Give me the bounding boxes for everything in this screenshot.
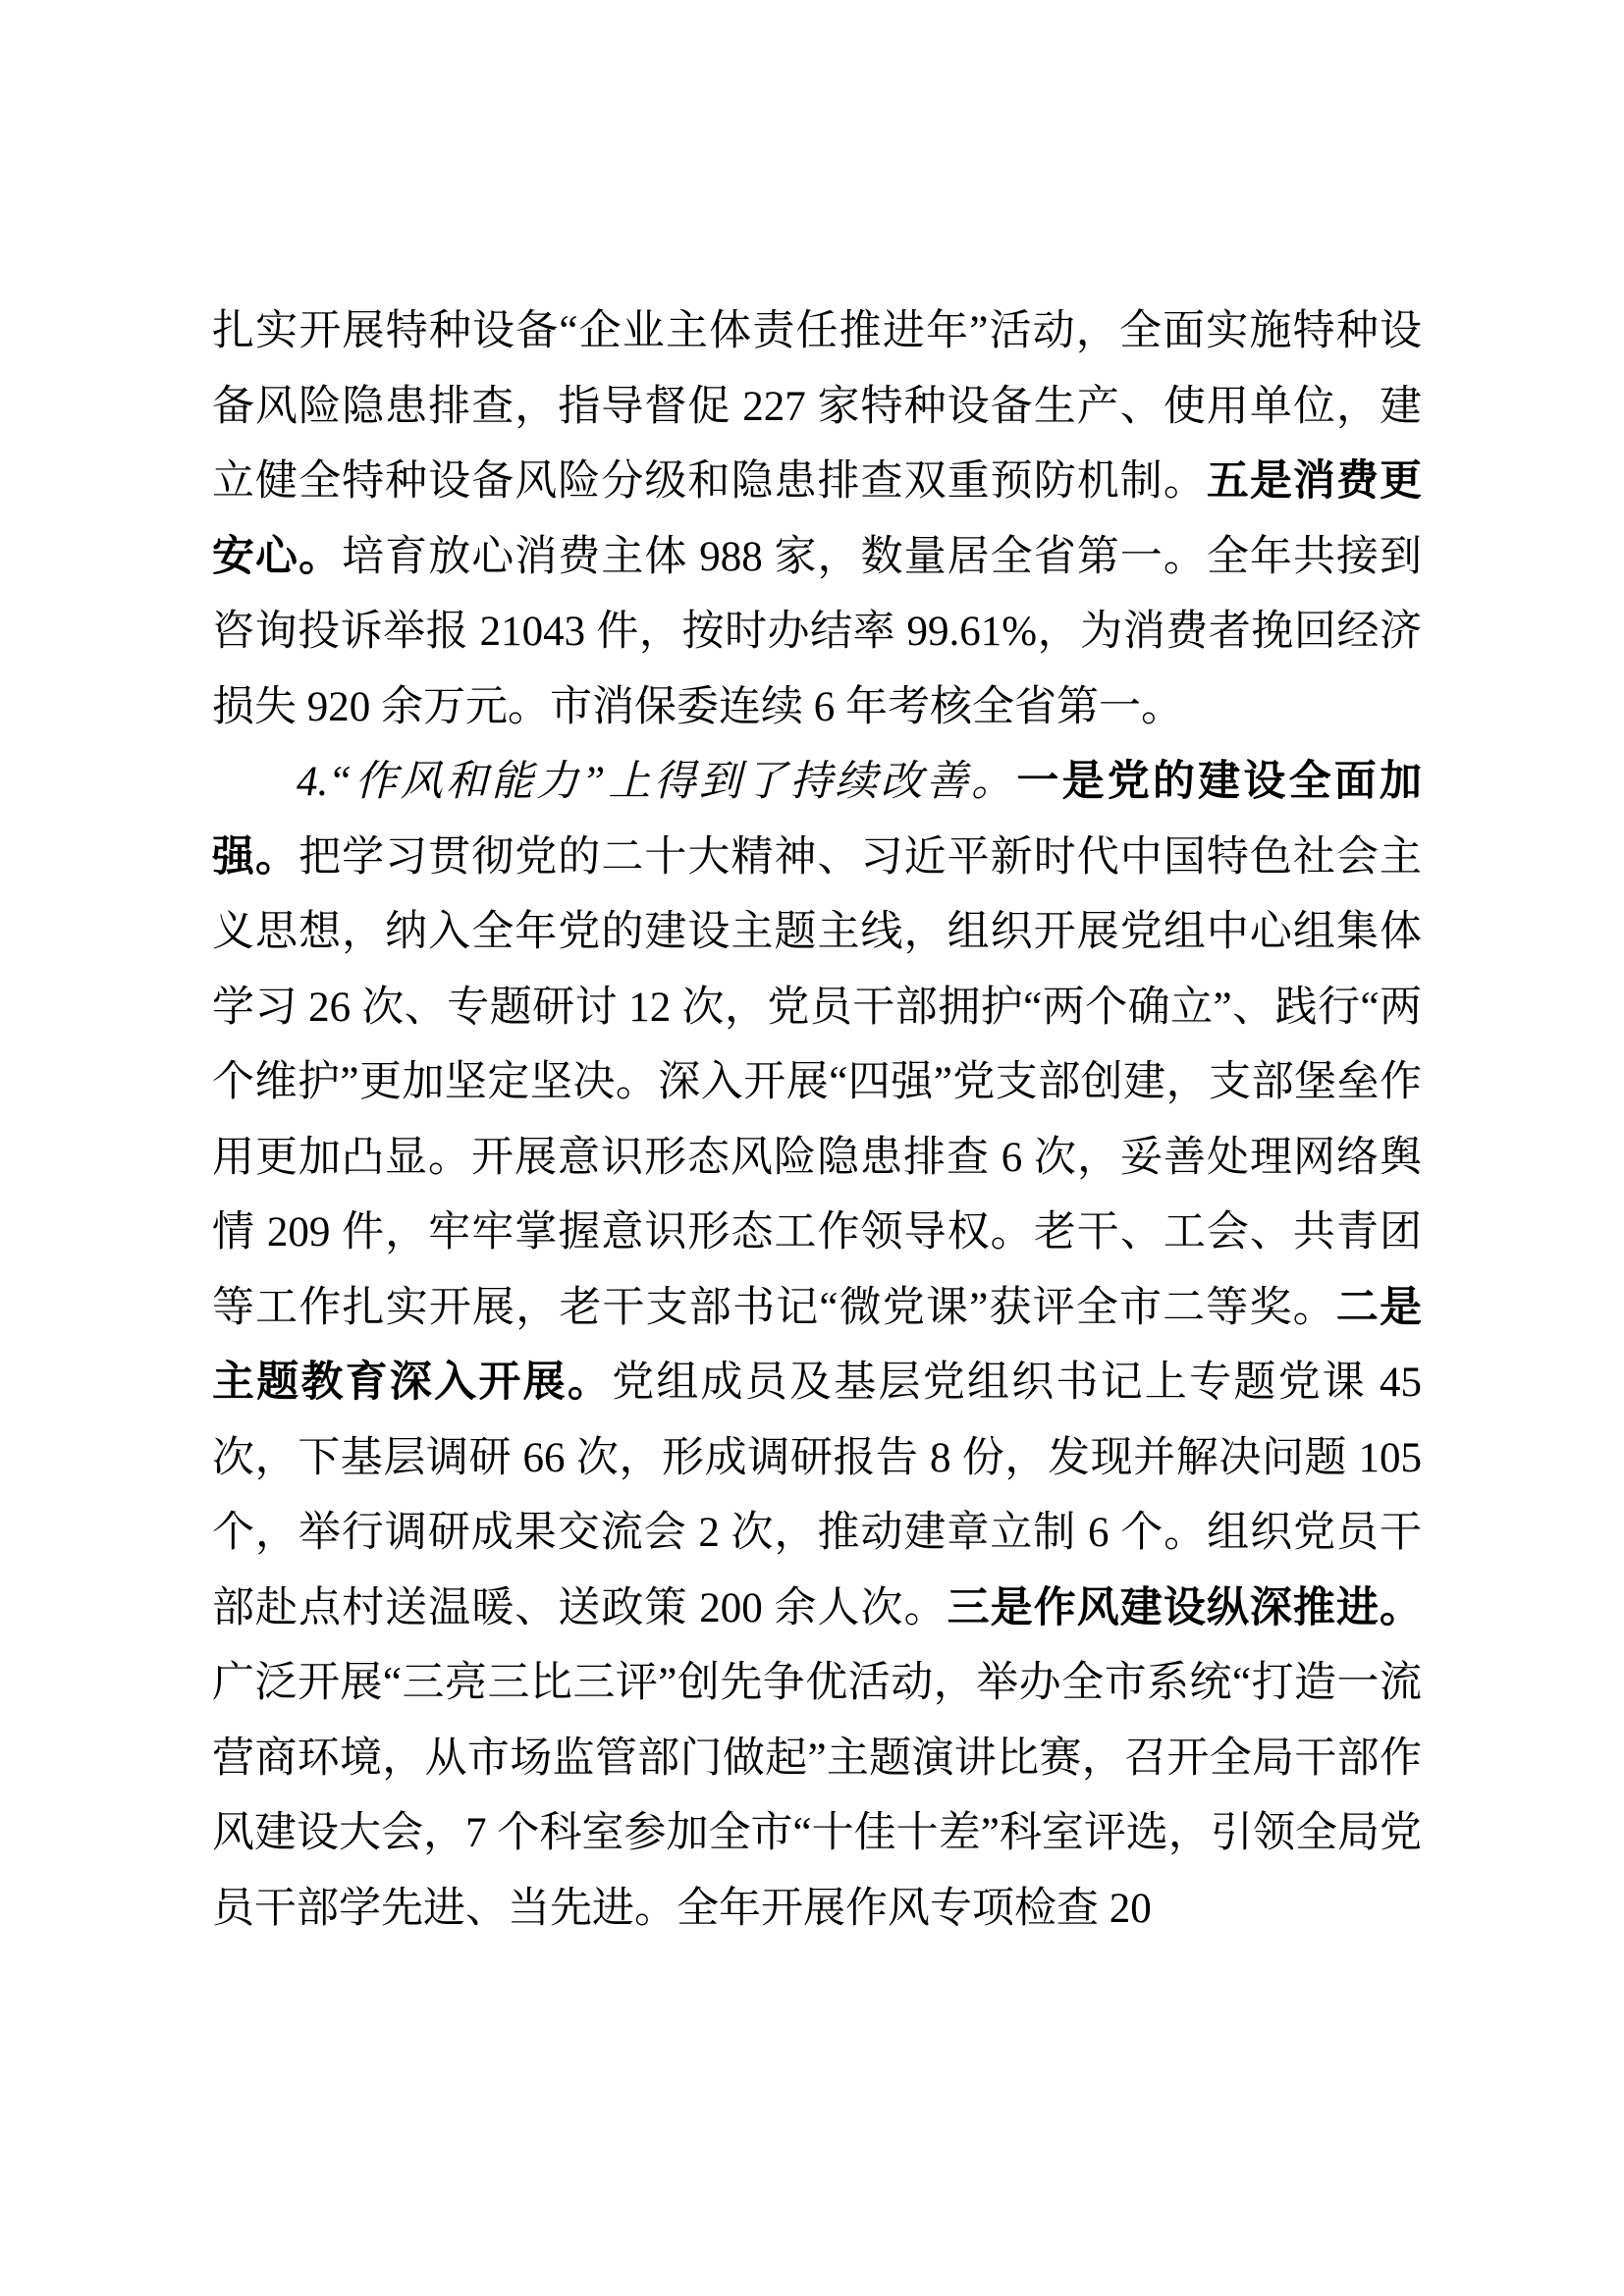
text-run-normal: 广泛开展“三亮三比三评”创先争优活动，举办全市系统“打造一流营商环境，从市场监管…	[212, 1660, 1422, 1932]
page-text-block: 扎实开展特种设备“企业主体责任推进年”活动，全面实施特种设备风险隐患排查，指导督…	[212, 294, 1422, 1947]
text-run-normal: 培育放心消费主体 988 家，数量居全省第一。全年共接到咨询投诉举报 21043…	[212, 534, 1422, 730]
text-run-kai: 4.“作风和能力”上得到了持续改善。	[297, 759, 1016, 805]
paragraph-2: 4.“作风和能力”上得到了持续改善。一是党的建设全面加强。把学习贯彻党的二十大精…	[212, 745, 1422, 1947]
document-page: 扎实开展特种设备“企业主体责任推进年”活动，全面实施特种设备风险隐患排查，指导督…	[0, 0, 1624, 2296]
text-run-bold: 三是作风建设纵深推进。	[947, 1585, 1422, 1631]
text-run-normal: 把学习贯彻党的二十大精神、习近平新时代中国特色社会主义思想，纳入全年党的建设主题…	[212, 834, 1422, 1331]
paragraph-1: 扎实开展特种设备“企业主体责任推进年”活动，全面实施特种设备风险隐患排查，指导督…	[212, 294, 1422, 745]
